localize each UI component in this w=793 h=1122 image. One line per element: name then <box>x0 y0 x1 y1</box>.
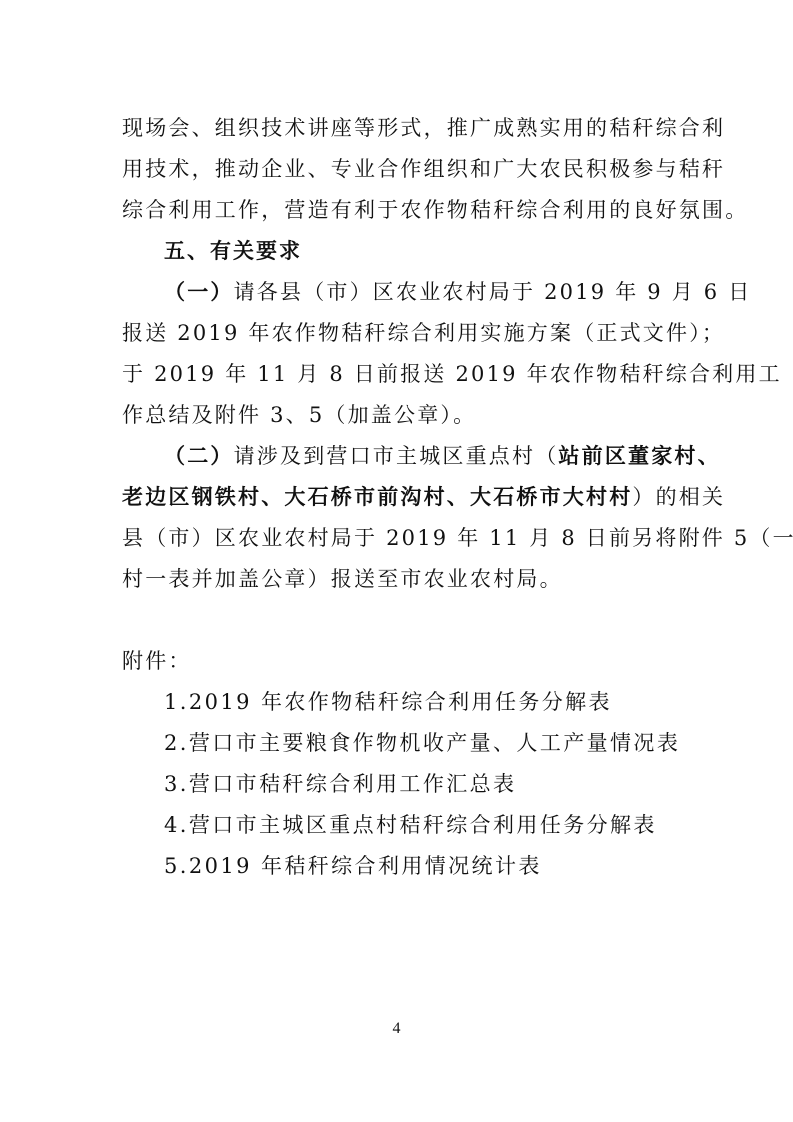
document-page: 现场会、组织技术讲座等形式，推广成熟实用的秸秆综合利 用技术，推动企业、专业合作… <box>0 0 793 1122</box>
requirement-1-text: 请各县（市）区农业农村局于 2019 年 9 月 6 日 <box>234 280 752 304</box>
requirement-1-line: 报送 2019 年农作物秸秆综合利用实施方案（正式文件）； <box>122 319 692 347</box>
attachments-title: 附件： <box>122 647 692 675</box>
key-villages-bold: 站前区董家村、 <box>558 444 720 468</box>
requirement-2-text: ）的相关 <box>632 485 725 509</box>
key-villages-bold: 老边区钢铁村、大石桥市前沟村、大石桥市大村村 <box>122 485 632 509</box>
paragraph-line: 现场会、组织技术讲座等形式，推广成熟实用的秸秆综合利 <box>122 114 692 142</box>
requirement-2-line: 村一表并加盖公章）报送至市农业农村局。 <box>122 565 692 593</box>
requirement-2-line: 老边区钢铁村、大石桥市前沟村、大石桥市大村村）的相关 <box>122 483 692 511</box>
requirement-1-label: （一） <box>164 280 234 304</box>
requirement-2-line: （二）请涉及到营口市主城区重点村（站前区董家村、 <box>164 442 692 470</box>
attachment-item: 4.营口市主城区重点村秸秆综合利用任务分解表 <box>164 811 734 839</box>
paragraph-line: 综合利用工作，营造有利于农作物秸秆综合利用的良好氛围。 <box>122 196 692 224</box>
attachment-item: 2.营口市主要粮食作物机收产量、人工产量情况表 <box>164 729 734 757</box>
requirement-1-line: 于 2019 年 11 月 8 日前报送 2019 年农作物秸秆综合利用工 <box>122 360 692 388</box>
paragraph-line: 用技术，推动企业、专业合作组织和广大农民积极参与秸秆 <box>122 155 692 183</box>
attachment-item: 3.营口市秸秆综合利用工作汇总表 <box>164 770 734 798</box>
requirement-2-label: （二） <box>164 444 234 468</box>
requirement-2-text: 请涉及到营口市主城区重点村（ <box>234 444 559 468</box>
requirement-1-line: （一）请各县（市）区农业农村局于 2019 年 9 月 6 日 <box>164 278 692 306</box>
section-heading: 五、有关要求 <box>164 237 692 265</box>
attachment-item: 1.2019 年农作物秸秆综合利用任务分解表 <box>164 688 734 716</box>
requirement-2-line: 县（市）区农业农村局于 2019 年 11 月 8 日前另将附件 5（一 <box>122 524 692 552</box>
requirement-1-line: 作总结及附件 3、5（加盖公章）。 <box>122 401 692 429</box>
page-number: 4 <box>0 1020 793 1038</box>
attachment-item: 5.2019 年秸秆综合利用情况统计表 <box>164 852 734 880</box>
